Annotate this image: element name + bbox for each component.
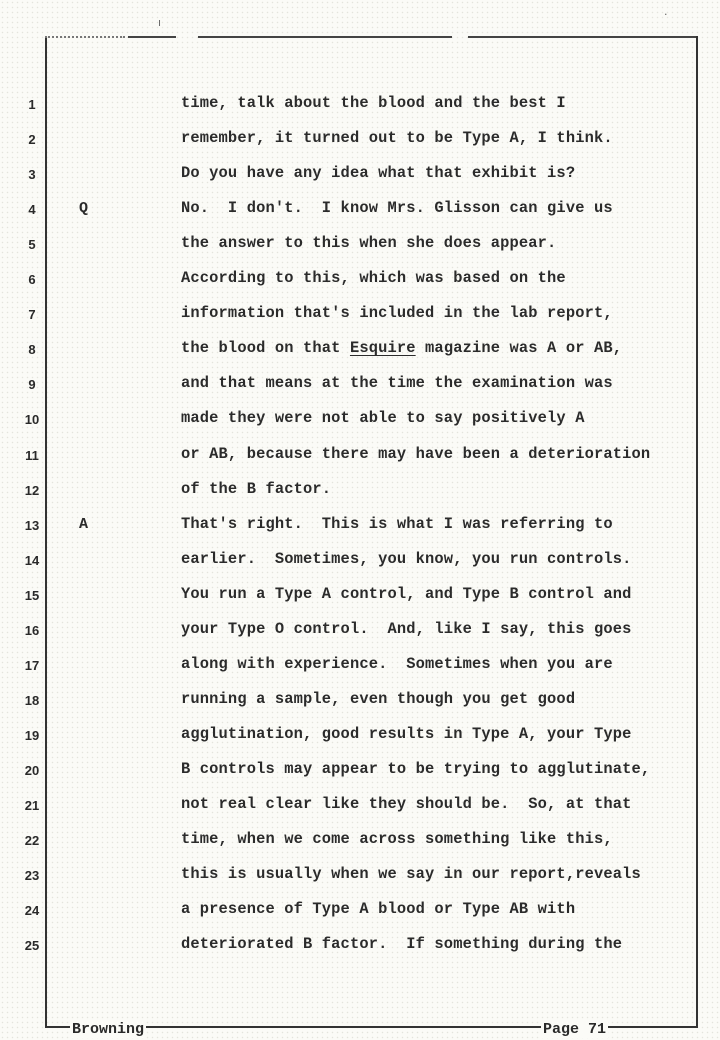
line-number: 2 [18,132,46,147]
line-text: running a sample, even though you get go… [181,690,575,708]
line-number: 18 [18,693,46,708]
line-text-segment: magazine was A or AB, [416,339,623,357]
line-text: earlier. Sometimes, you know, you run co… [181,550,632,568]
transcript-line: 23this is usually when we say in our rep… [0,859,720,894]
line-number: 5 [18,237,46,252]
top-border-segment [468,36,696,38]
line-text: information that's included in the lab r… [181,304,613,322]
transcript-line: 3Do you have any idea what that exhibit … [0,158,720,193]
scan-artifact-mark: ı [158,16,161,29]
transcript-line: 13AThat's right. This is what I was refe… [0,509,720,544]
speaker-marker: Q [79,200,88,217]
line-number: 22 [18,833,46,848]
line-text: That's right. This is what I was referri… [181,515,613,533]
transcript-line: 7information that's included in the lab … [0,298,720,333]
line-number: 8 [18,342,46,357]
line-number: 4 [18,202,46,217]
line-number: 11 [18,448,46,463]
transcript-line: 6According to this, which was based on t… [0,263,720,298]
line-number: 7 [18,307,46,322]
transcript-line: 8the blood on that Esquire magazine was … [0,333,720,368]
line-text: or AB, because there may have been a det… [181,445,650,463]
line-number: 14 [18,553,46,568]
footer-page-number: Page 71 [541,1021,608,1038]
line-text: You run a Type A control, and Type B con… [181,585,632,603]
line-number: 20 [18,763,46,778]
line-text: remember, it turned out to be Type A, I … [181,129,613,147]
transcript-line: 4QNo. I don't. I know Mrs. Glisson can g… [0,193,720,228]
line-text: and that means at the time the examinati… [181,374,613,392]
line-number: 15 [18,588,46,603]
line-text: the answer to this when she does appear. [181,234,556,252]
transcript-line: 20B controls may appear to be trying to … [0,754,720,789]
transcript-line: 22time, when we come across something li… [0,824,720,859]
line-number: 23 [18,868,46,883]
line-number: 17 [18,658,46,673]
line-text: made they were not able to say positivel… [181,409,585,427]
line-number: 24 [18,903,46,918]
transcript-line: 25deteriorated B factor. If something du… [0,929,720,964]
line-text: According to this, which was based on th… [181,269,566,287]
line-number: 3 [18,167,46,182]
line-number: 6 [18,272,46,287]
transcript-line: 11or AB, because there may have been a d… [0,439,720,474]
line-text: of the B factor. [181,480,331,498]
top-border-segment [128,36,176,38]
top-border-segment [198,36,452,38]
line-number: 10 [18,412,46,427]
scan-artifact-mark: · [664,8,668,21]
line-number: 12 [18,483,46,498]
footer-witness-name: Browning [70,1021,146,1038]
line-text: your Type O control. And, like I say, th… [181,620,632,638]
speaker-marker: A [79,516,88,533]
transcript-line: 15You run a Type A control, and Type B c… [0,579,720,614]
transcript-line: 5the answer to this when she does appear… [0,228,720,263]
transcript-line: 1time, talk about the blood and the best… [0,88,720,123]
line-text: a presence of Type A blood or Type AB wi… [181,900,575,918]
underlined-title: Esquire [350,339,416,357]
line-text: the blood on that Esquire magazine was A… [181,339,622,357]
line-number: 9 [18,377,46,392]
line-text: deteriorated B factor. If something duri… [181,935,622,953]
line-text: along with experience. Sometimes when yo… [181,655,613,673]
line-text: time, talk about the blood and the best … [181,94,566,112]
transcript-line: 2remember, it turned out to be Type A, I… [0,123,720,158]
transcript-line: 18running a sample, even though you get … [0,684,720,719]
transcript-line: 12of the B factor. [0,474,720,509]
transcript-line: 24a presence of Type A blood or Type AB … [0,894,720,929]
line-number: 1 [18,97,46,112]
line-text: agglutination, good results in Type A, y… [181,725,632,743]
line-number: 13 [18,518,46,533]
line-text: No. I don't. I know Mrs. Glisson can giv… [181,199,613,217]
line-text-segment: the blood on that [181,339,350,357]
transcript-line: 21not real clear like they should be. So… [0,789,720,824]
line-number: 25 [18,938,46,953]
line-text: B controls may appear to be trying to ag… [181,760,650,778]
transcript-line: 16your Type O control. And, like I say, … [0,614,720,649]
transcript-line: 19agglutination, good results in Type A,… [0,719,720,754]
line-number: 19 [18,728,46,743]
line-text: this is usually when we say in our repor… [181,865,641,883]
line-number: 16 [18,623,46,638]
line-number: 21 [18,798,46,813]
line-text: time, when we come across something like… [181,830,613,848]
transcript-line: 14earlier. Sometimes, you know, you run … [0,544,720,579]
line-text: not real clear like they should be. So, … [181,795,632,813]
top-border-dotted-segment [45,36,125,38]
transcript-line: 10made they were not able to say positiv… [0,403,720,438]
transcript-line: 9and that means at the time the examinat… [0,368,720,403]
line-text: Do you have any idea what that exhibit i… [181,164,575,182]
transcript-line: 17along with experience. Sometimes when … [0,649,720,684]
